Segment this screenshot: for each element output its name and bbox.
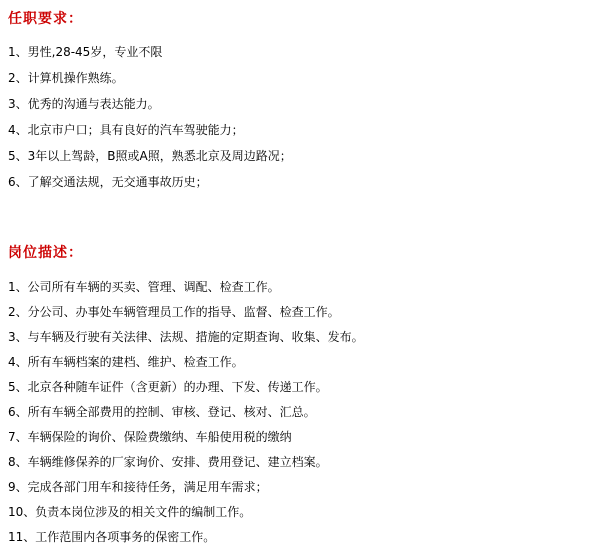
requirement-item-3: 3、优秀的沟通与表达能力。 bbox=[8, 96, 592, 112]
description-item-8: 8、车辆维修保养的厂家询价、安排、费用登记、建立档案。 bbox=[8, 454, 592, 470]
description-item-2: 2、分公司、办事处车辆管理员工作的指导、监督、检查工作。 bbox=[8, 304, 592, 320]
description-item-5: 5、北京各种随车证件（含更新）的办理、下发、传递工作。 bbox=[8, 379, 592, 395]
description-item-7: 7、车辆保险的询价、保险费缴纳、车船使用税的缴纳 bbox=[8, 429, 592, 445]
description-item-6: 6、所有车辆全部费用的控制、审核、登记、核对、汇总。 bbox=[8, 404, 592, 420]
requirement-item-5: 5、3年以上驾龄，B照或A照，熟悉北京及周边路况； bbox=[8, 148, 592, 164]
description-item-10: 10、负责本岗位涉及的相关文件的编制工作。 bbox=[8, 504, 592, 520]
job-posting-document: 任职要求： 1、男性,28-45岁，专业不限 2、计算机操作熟练。 3、优秀的沟… bbox=[0, 0, 600, 545]
description-item-4: 4、所有车辆档案的建档、维护、检查工作。 bbox=[8, 354, 592, 370]
description-item-3: 3、与车辆及行驶有关法律、法规、措施的定期查询、收集、发布。 bbox=[8, 329, 592, 345]
requirement-item-4: 4、北京市户口；具有良好的汽车驾驶能力； bbox=[8, 122, 592, 138]
section-job-requirements: 任职要求： 1、男性,28-45岁，专业不限 2、计算机操作熟练。 3、优秀的沟… bbox=[8, 10, 592, 190]
requirement-item-6: 6、了解交通法规，无交通事故历史； bbox=[8, 174, 592, 190]
requirement-item-2: 2、计算机操作熟练。 bbox=[8, 70, 592, 86]
description-item-9: 9、完成各部门用车和接待任务，满足用车需求； bbox=[8, 479, 592, 495]
requirement-item-1: 1、男性,28-45岁，专业不限 bbox=[8, 44, 592, 60]
section-heading-requirements: 任职要求： bbox=[8, 10, 592, 28]
description-item-1: 1、公司所有车辆的买卖、管理、调配、检查工作。 bbox=[8, 279, 592, 295]
section-heading-description: 岗位描述： bbox=[8, 244, 592, 262]
description-item-11: 11、工作范围内各项事务的保密工作。 bbox=[8, 529, 592, 545]
section-job-description: 岗位描述： 1、公司所有车辆的买卖、管理、调配、检查工作。 2、分公司、办事处车… bbox=[8, 244, 592, 545]
description-list: 1、公司所有车辆的买卖、管理、调配、检查工作。 2、分公司、办事处车辆管理员工作… bbox=[8, 279, 592, 545]
requirements-list: 1、男性,28-45岁，专业不限 2、计算机操作熟练。 3、优秀的沟通与表达能力… bbox=[8, 44, 592, 190]
